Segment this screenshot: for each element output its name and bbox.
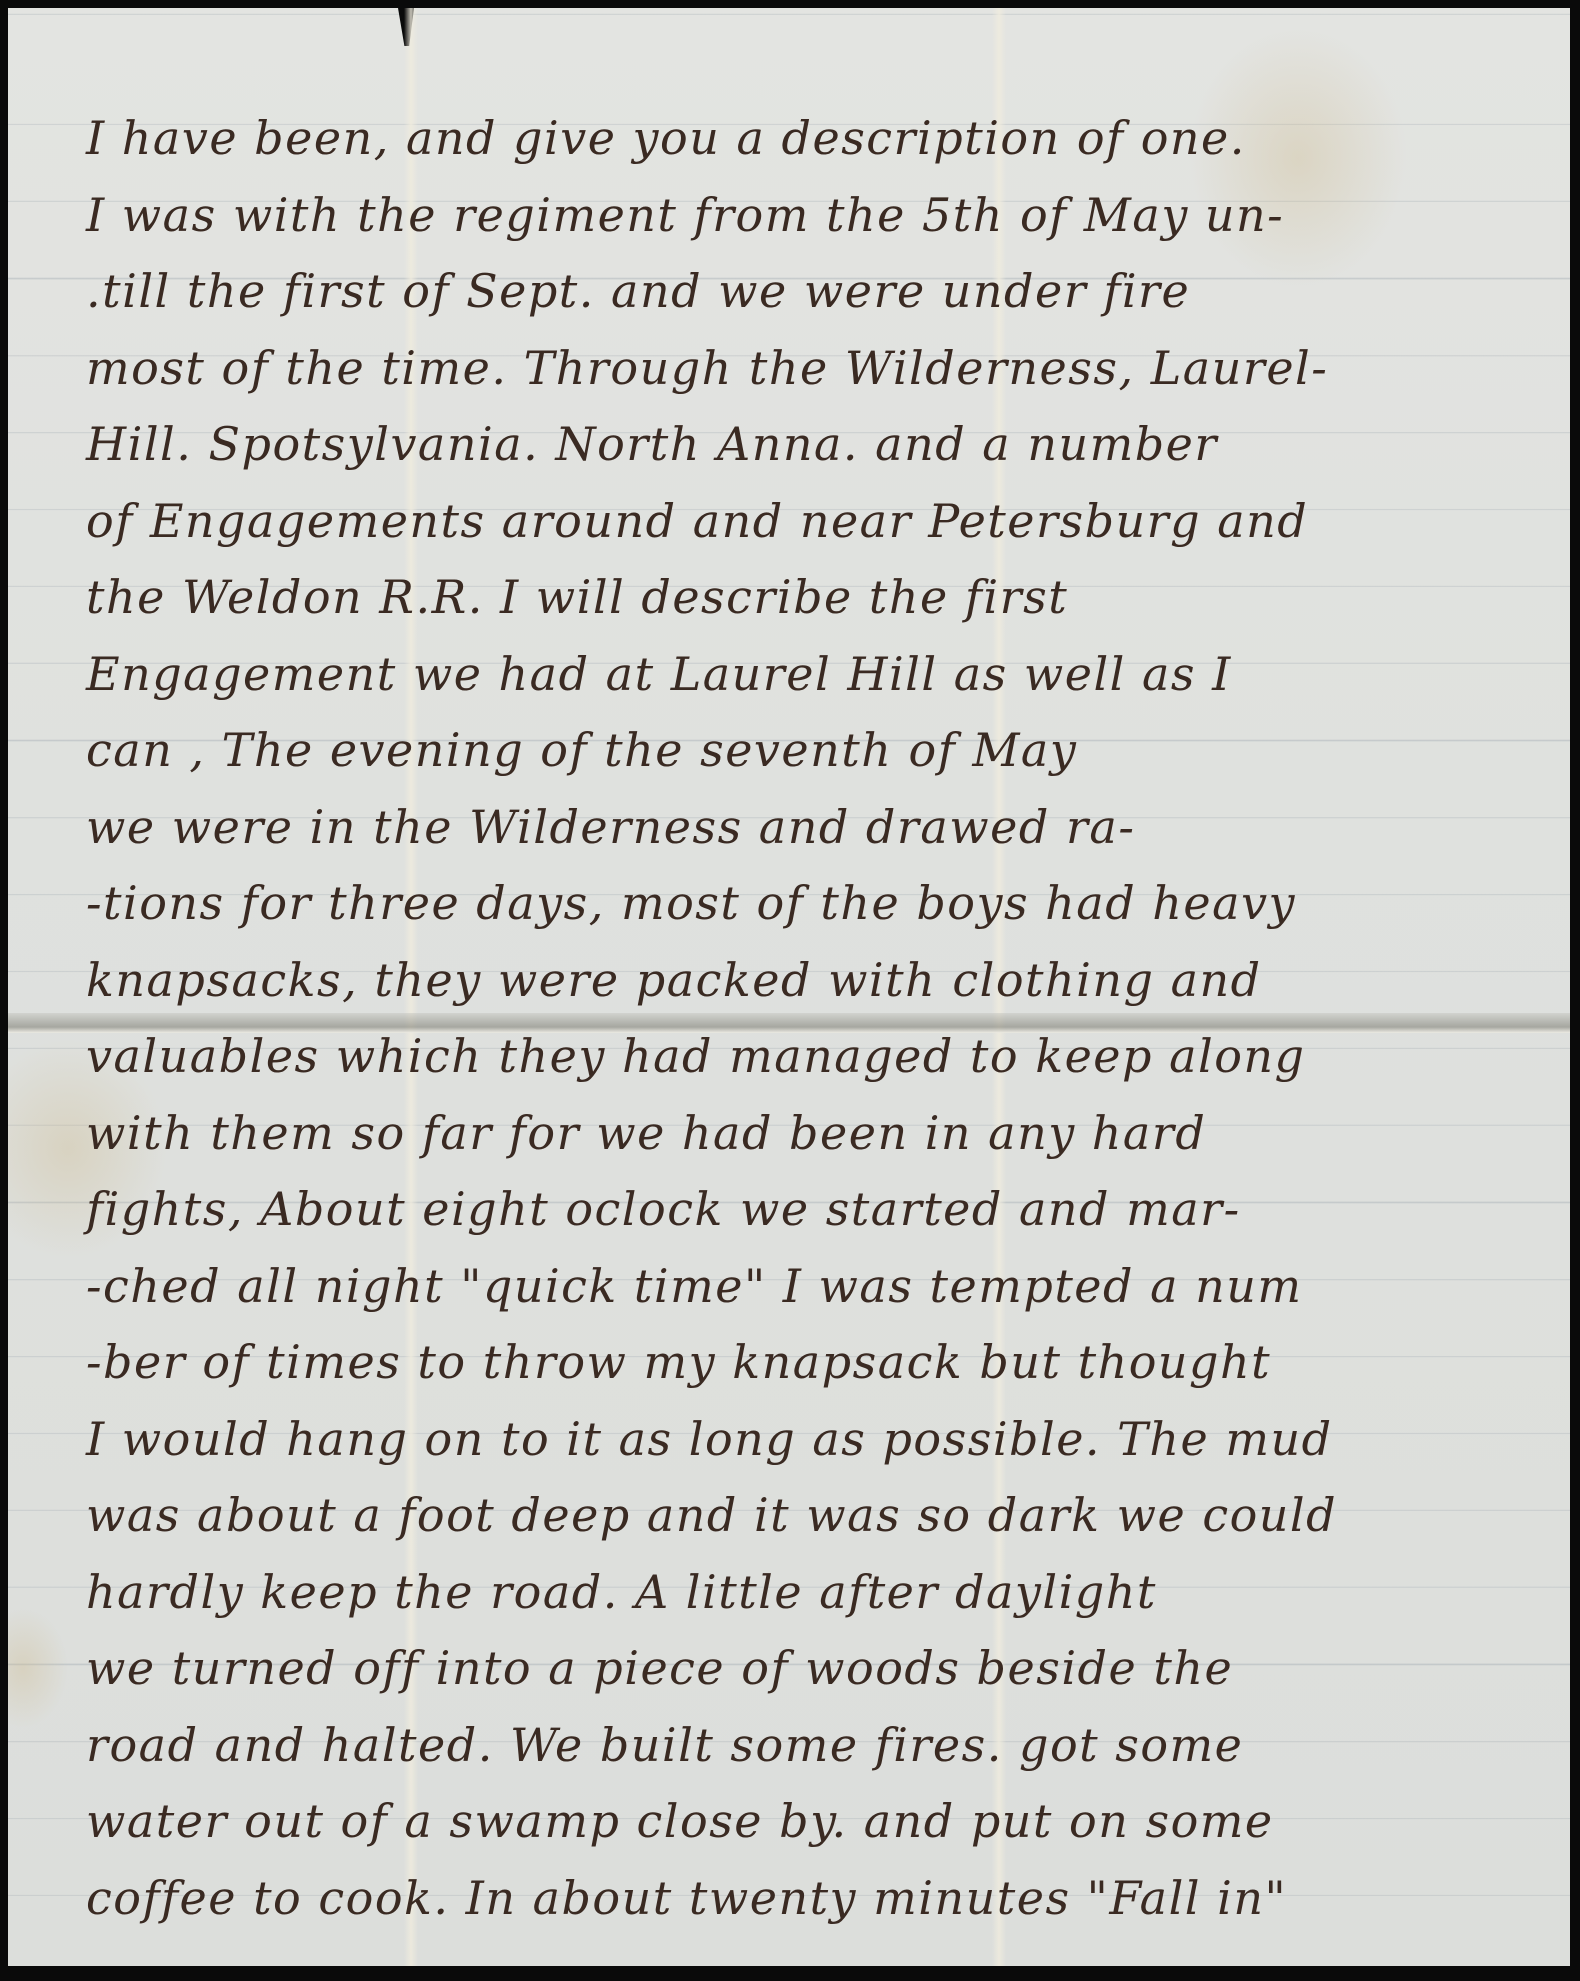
text-line: I have been, and give you a description … xyxy=(86,100,1526,177)
text-line: valuables which they had managed to keep… xyxy=(86,1018,1526,1095)
text-line: I would hang on to it as long as possibl… xyxy=(86,1401,1526,1478)
age-stain xyxy=(8,1608,68,1728)
text-line: most of the time. Through the Wilderness… xyxy=(86,330,1526,407)
text-line: was about a foot deep and it was so dark… xyxy=(86,1477,1526,1554)
text-line: of Engagements around and near Petersbur… xyxy=(86,483,1526,560)
text-line: hardly keep the road. A little after day… xyxy=(86,1554,1526,1631)
text-line: -ched all night "quick time" I was tempt… xyxy=(86,1248,1526,1325)
text-line: road and halted. We built some fires. go… xyxy=(86,1707,1526,1784)
text-line: I was with the regiment from the 5th of … xyxy=(86,177,1526,254)
text-line: the Weldon R.R. I will describe the firs… xyxy=(86,559,1526,636)
text-line: can , The evening of the seventh of May xyxy=(86,712,1526,789)
text-line: Engagement we had at Laurel Hill as well… xyxy=(86,636,1526,713)
text-line: we were in the Wilderness and drawed ra- xyxy=(86,789,1526,866)
text-line: -ber of times to throw my knapsack but t… xyxy=(86,1324,1526,1401)
letter-page: I have been, and give you a description … xyxy=(8,8,1570,1966)
text-line: Hill. Spotsylvania. North Anna. and a nu… xyxy=(86,406,1526,483)
text-line: we turned off into a piece of woods besi… xyxy=(86,1630,1526,1707)
text-line: coffee to cook. In about twenty minutes … xyxy=(86,1860,1526,1937)
text-line: knapsacks, they were packed with clothin… xyxy=(86,942,1526,1019)
text-line: water out of a swamp close by. and put o… xyxy=(86,1783,1526,1860)
text-line: fights, About eight oclock we started an… xyxy=(86,1171,1526,1248)
text-line: .till the first of Sept. and we were und… xyxy=(86,253,1526,330)
handwritten-text: I have been, and give you a description … xyxy=(86,100,1526,1936)
text-line: -tions for three days, most of the boys … xyxy=(86,865,1526,942)
text-line: with them so far for we had been in any … xyxy=(86,1095,1526,1172)
